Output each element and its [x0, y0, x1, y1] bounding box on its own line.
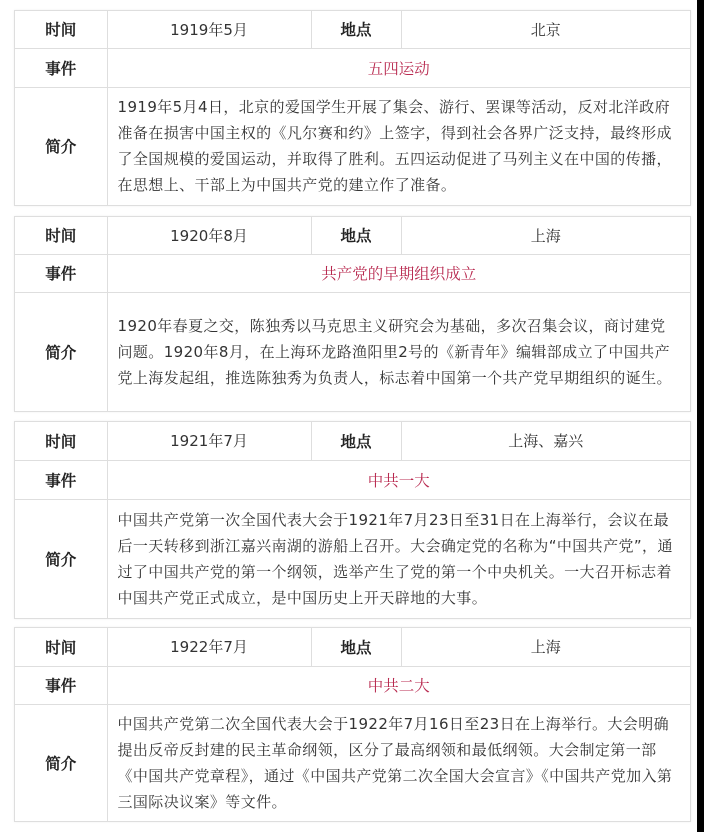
intro-label: 简介 — [15, 499, 107, 618]
event-name: 中共二大 — [107, 666, 690, 704]
time-label: 时间 — [15, 422, 107, 460]
event-card-1922: 时间 1922年7月 地点 上海 事件 中共二大 简介 中国共产党第二次全国代表… — [14, 627, 691, 822]
intro-label: 简介 — [15, 704, 107, 821]
event-table: 时间 1922年7月 地点 上海 事件 中共二大 简介 中国共产党第二次全国代表… — [15, 628, 690, 821]
event-row: 事件 中共二大 — [15, 666, 690, 704]
intro-text: 1920年春夏之交，陈独秀以马克思主义研究会为基础，多次召集会议，商讨建党问题。… — [107, 292, 690, 411]
time-place-row: 时间 1922年7月 地点 上海 — [15, 628, 690, 666]
event-name: 中共一大 — [107, 460, 690, 499]
event-table: 时间 1920年8月 地点 上海 事件 共产党的早期组织成立 简介 1920年春… — [15, 217, 690, 411]
place-label: 地点 — [311, 628, 401, 666]
right-edge-strip — [697, 0, 704, 832]
event-label: 事件 — [15, 666, 107, 704]
place-label: 地点 — [311, 11, 401, 48]
intro-row: 简介 中国共产党第二次全国代表大会于1922年7月16日至23日在上海举行。大会… — [15, 704, 690, 821]
intro-text: 中国共产党第二次全国代表大会于1922年7月16日至23日在上海举行。大会明确提… — [107, 704, 690, 821]
event-card-1920: 时间 1920年8月 地点 上海 事件 共产党的早期组织成立 简介 1920年春… — [14, 216, 691, 412]
place-value: 上海 — [401, 217, 690, 254]
event-label: 事件 — [15, 254, 107, 292]
place-value: 北京 — [401, 11, 690, 48]
time-value: 1920年8月 — [107, 217, 311, 254]
time-place-row: 时间 1920年8月 地点 上海 — [15, 217, 690, 254]
intro-label: 简介 — [15, 87, 107, 205]
place-value: 上海、嘉兴 — [401, 422, 690, 460]
time-place-row: 时间 1919年5月 地点 北京 — [15, 11, 690, 48]
intro-row: 简介 1919年5月4日，北京的爱国学生开展了集会、游行、罢课等活动，反对北洋政… — [15, 87, 690, 205]
intro-row: 简介 1920年春夏之交，陈独秀以马克思主义研究会为基础，多次召集会议，商讨建党… — [15, 292, 690, 411]
event-name: 五四运动 — [107, 48, 690, 87]
time-value: 1922年7月 — [107, 628, 311, 666]
time-value: 1921年7月 — [107, 422, 311, 460]
event-name: 共产党的早期组织成立 — [107, 254, 690, 292]
time-label: 时间 — [15, 628, 107, 666]
place-value: 上海 — [401, 628, 690, 666]
intro-row: 简介 中国共产党第一次全国代表大会于1921年7月23日至31日在上海举行，会议… — [15, 499, 690, 618]
time-label: 时间 — [15, 11, 107, 48]
event-row: 事件 中共一大 — [15, 460, 690, 499]
event-row: 事件 五四运动 — [15, 48, 690, 87]
event-card-1919: 时间 1919年5月 地点 北京 事件 五四运动 简介 1919年5月4日，北京… — [14, 10, 691, 206]
place-label: 地点 — [311, 422, 401, 460]
time-value: 1919年5月 — [107, 11, 311, 48]
intro-label: 简介 — [15, 292, 107, 411]
event-table: 时间 1919年5月 地点 北京 事件 五四运动 简介 1919年5月4日，北京… — [15, 11, 690, 205]
event-row: 事件 共产党的早期组织成立 — [15, 254, 690, 292]
event-label: 事件 — [15, 460, 107, 499]
time-place-row: 时间 1921年7月 地点 上海、嘉兴 — [15, 422, 690, 460]
event-label: 事件 — [15, 48, 107, 87]
intro-text: 1919年5月4日，北京的爱国学生开展了集会、游行、罢课等活动，反对北洋政府准备… — [107, 87, 690, 205]
event-card-1921: 时间 1921年7月 地点 上海、嘉兴 事件 中共一大 简介 中国共产党第一次全… — [14, 421, 691, 619]
intro-text: 中国共产党第一次全国代表大会于1921年7月23日至31日在上海举行，会议在最后… — [107, 499, 690, 618]
time-label: 时间 — [15, 217, 107, 254]
event-table: 时间 1921年7月 地点 上海、嘉兴 事件 中共一大 简介 中国共产党第一次全… — [15, 422, 690, 618]
place-label: 地点 — [311, 217, 401, 254]
